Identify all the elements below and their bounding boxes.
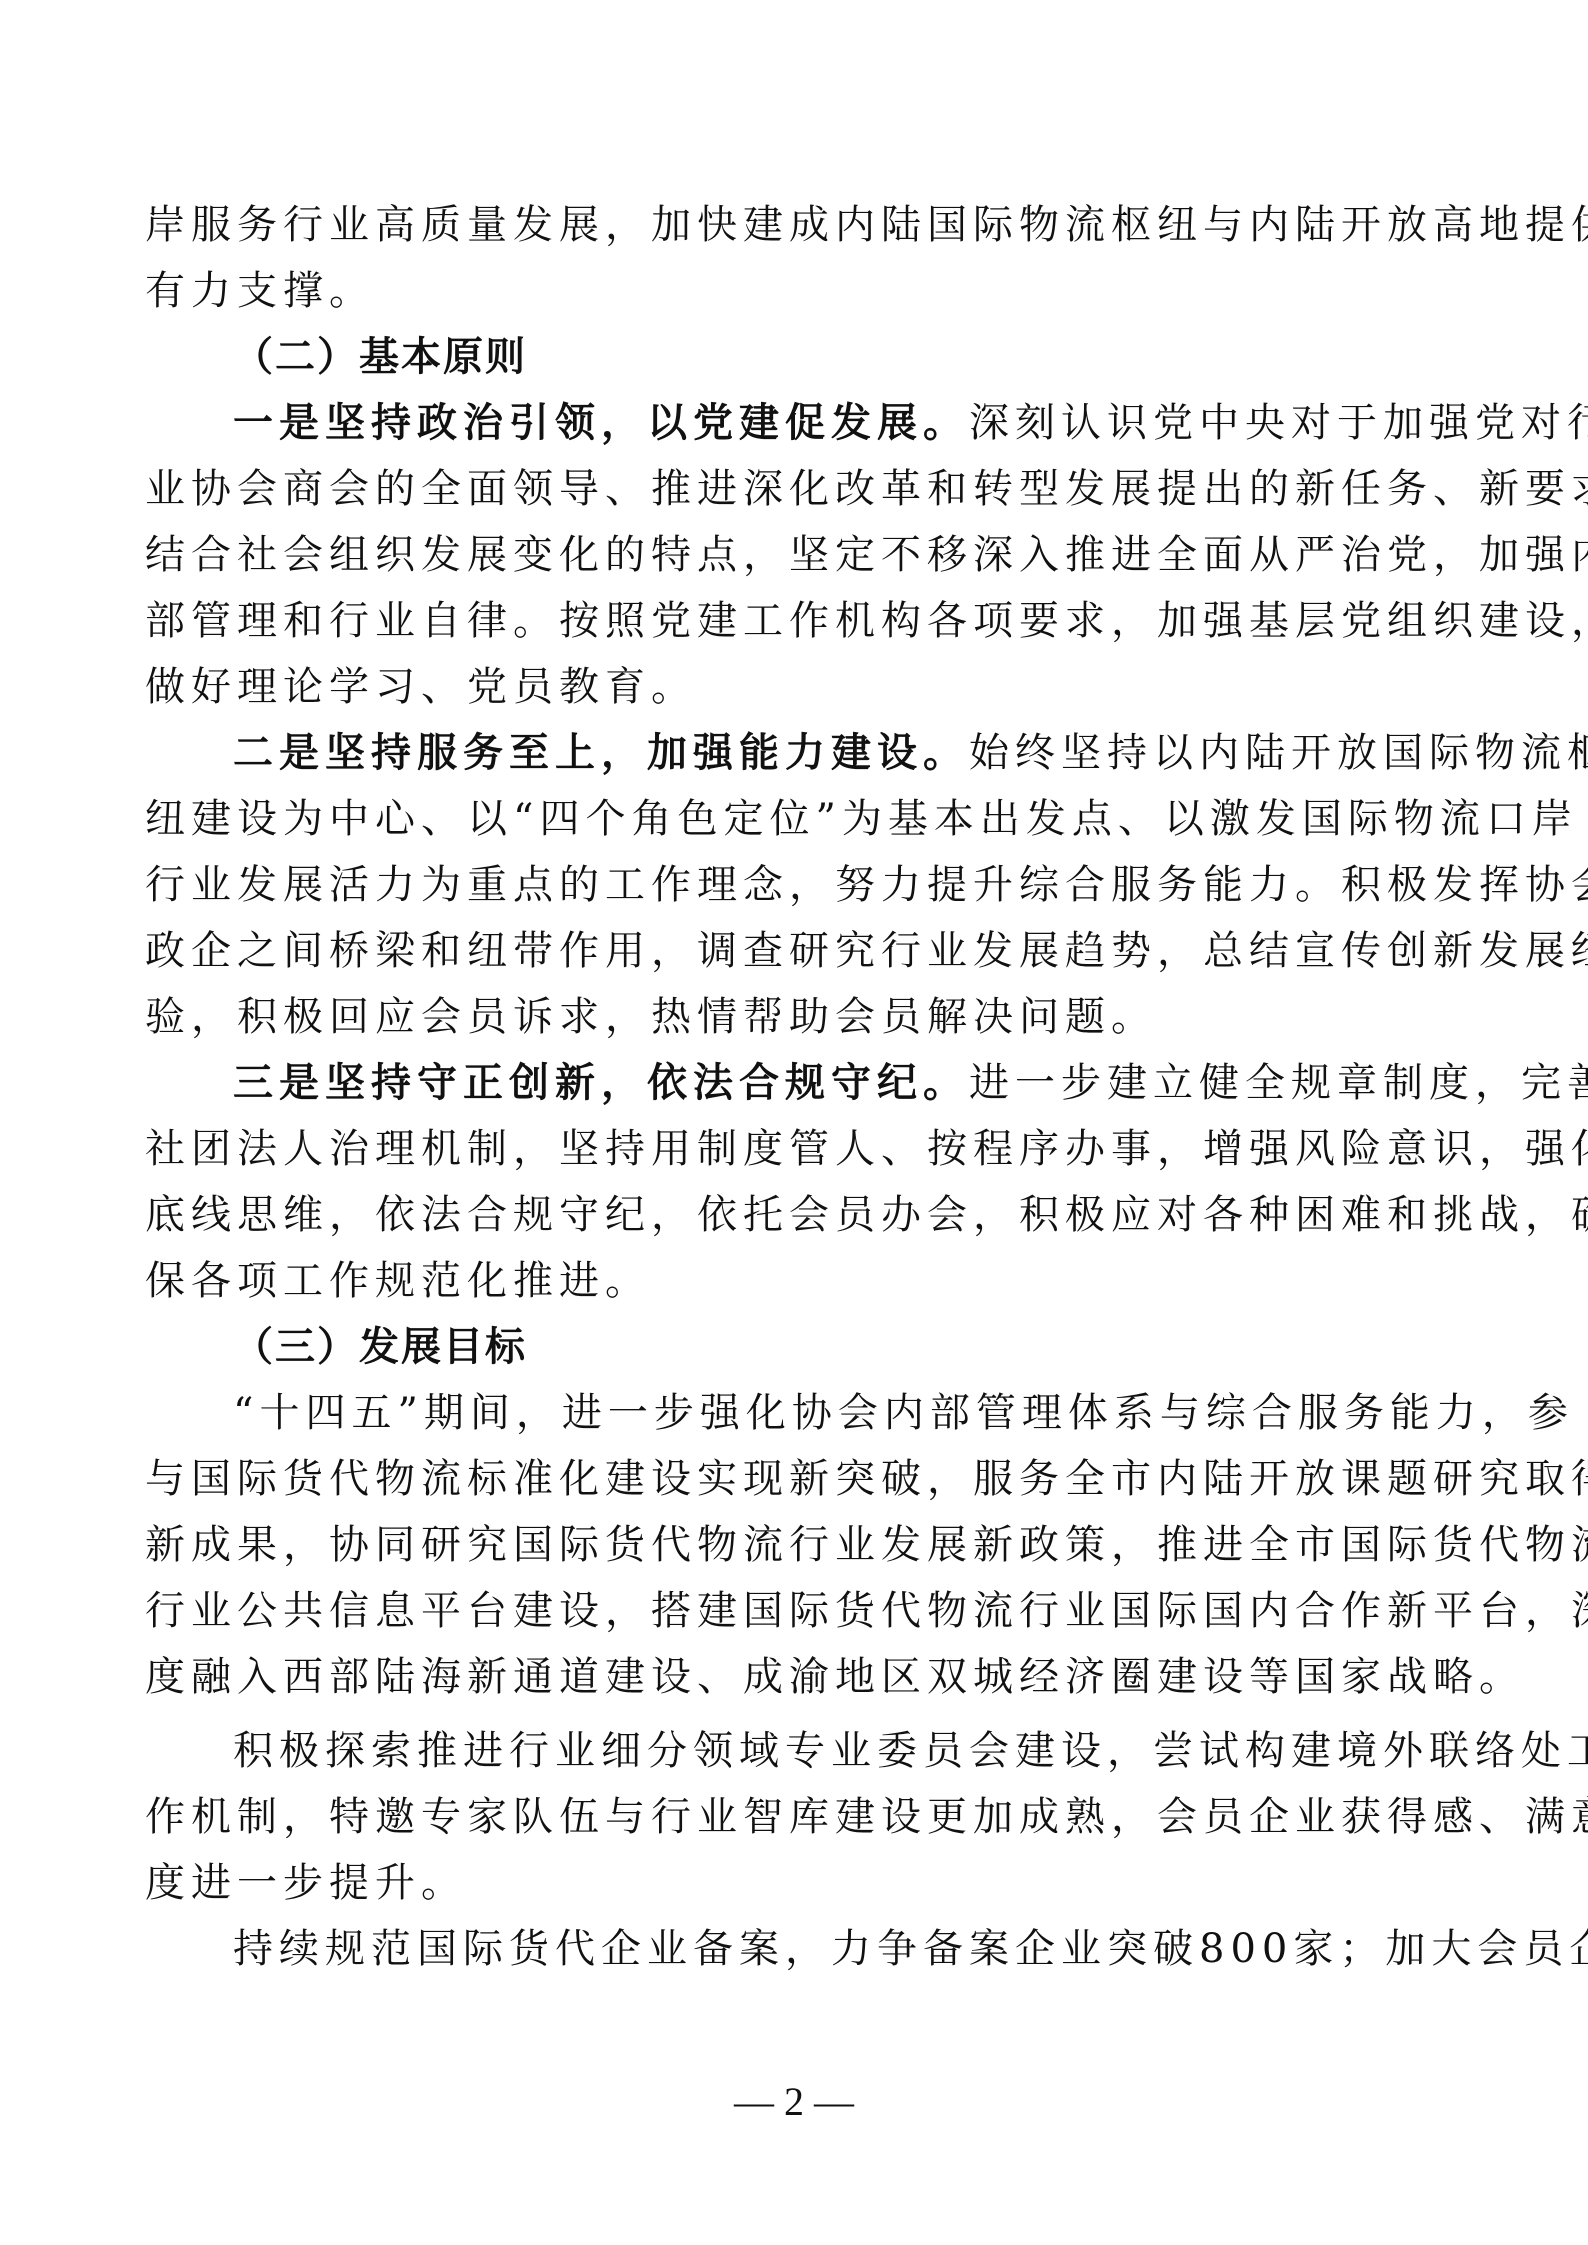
paragraph-line: 业协会商会的全面领导、推进深化改革和转型发展提出的新任务、新要求， xyxy=(145,456,1445,522)
principle-1-text: 深刻认识党中央对于加强党对行 xyxy=(969,400,1588,446)
paragraph-line: 有力支撑。 xyxy=(145,258,1445,324)
paragraph-line: 行业公共信息平台建设，搭建国际货代物流行业国际国内合作新平台，深 xyxy=(145,1578,1445,1644)
paragraph-line: 底线思维，依法合规守纪，依托会员办会，积极应对各种困难和挑战，确 xyxy=(145,1182,1445,1248)
principle-2-lead: 二是坚持服务至上，加强能力建设。 xyxy=(233,729,969,776)
paragraph-line: 岸服务行业高质量发展，加快建成内陆国际物流枢纽与内陆开放高地提供 xyxy=(145,192,1445,258)
principle-2-text: 始终坚持以内陆开放国际物流枢 xyxy=(969,730,1588,776)
paragraph-line: 纽建设为中心、以“四个角色定位”为基本出发点、以激发国际物流口岸 xyxy=(145,786,1445,852)
section-heading-principles: （二）基本原则 xyxy=(233,324,527,390)
paragraph-line: 社团法人治理机制，坚持用制度管人、按程序办事，增强风险意识，强化 xyxy=(145,1116,1445,1182)
section-heading-goals: （三）发展目标 xyxy=(233,1314,527,1380)
principle-1-lead: 一是坚持政治引领，以党建促发展。 xyxy=(233,399,969,446)
principle-2-first-line: 二是坚持服务至上，加强能力建设。始终坚持以内陆开放国际物流枢 xyxy=(233,720,1445,786)
paragraph-line: 度进一步提升。 xyxy=(145,1850,1445,1916)
principle-3-text: 进一步建立健全规章制度，完善 xyxy=(969,1060,1588,1106)
document-page: 岸服务行业高质量发展，加快建成内陆国际物流枢纽与内陆开放高地提供 有力支撑。 （… xyxy=(0,0,1588,2245)
paragraph-line: 与国际货代物流标准化建设实现新突破，服务全市内陆开放课题研究取得 xyxy=(145,1446,1445,1512)
paragraph-line: 政企之间桥梁和纽带作用，调查研究行业发展趋势，总结宣传创新发展经 xyxy=(145,918,1445,984)
paragraph-line: 做好理论学习、党员教育。 xyxy=(145,654,1445,720)
principle-1-first-line: 一是坚持政治引领，以党建促发展。深刻认识党中央对于加强党对行 xyxy=(233,390,1445,456)
paragraph-line: 结合社会组织发展变化的特点，坚定不移深入推进全面从严治党，加强内 xyxy=(145,522,1445,588)
paragraph-line: 作机制，特邀专家队伍与行业智库建设更加成熟，会员企业获得感、满意 xyxy=(145,1784,1445,1850)
paragraph-line: 部管理和行业自律。按照党建工作机构各项要求，加强基层党组织建设， xyxy=(145,588,1445,654)
paragraph-line: 验，积极回应会员诉求，热情帮助会员解决问题。 xyxy=(145,984,1445,1050)
paragraph-line: 度融入西部陆海新通道建设、成渝地区双城经济圈建设等国家战略。 xyxy=(145,1644,1445,1710)
page-number: — 2 — xyxy=(0,2072,1588,2132)
paragraph-line: 积极探索推进行业细分领域专业委员会建设，尝试构建境外联络处工 xyxy=(233,1718,1445,1784)
paragraph-line: 新成果，协同研究国际货代物流行业发展新政策，推进全市国际货代物流 xyxy=(145,1512,1445,1578)
principle-3-lead: 三是坚持守正创新，依法合规守纪。 xyxy=(233,1059,969,1106)
paragraph-line: 保各项工作规范化推进。 xyxy=(145,1248,1445,1314)
principle-3-first-line: 三是坚持守正创新，依法合规守纪。进一步建立健全规章制度，完善 xyxy=(233,1050,1445,1116)
paragraph-line: 持续规范国际货代企业备案，力争备案企业突破800家；加大会员企 xyxy=(233,1916,1445,1982)
paragraph-line: 行业发展活力为重点的工作理念，努力提升综合服务能力。积极发挥协会 xyxy=(145,852,1445,918)
paragraph-line: “十四五”期间，进一步强化协会内部管理体系与综合服务能力，参 xyxy=(233,1380,1445,1446)
